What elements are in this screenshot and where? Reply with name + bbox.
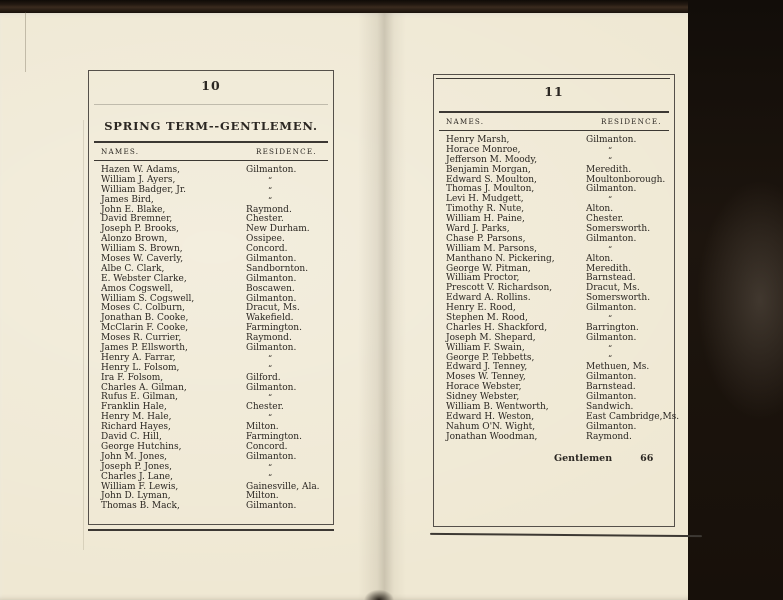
divider-rule	[439, 130, 669, 132]
residence-cell: Gilmanton.	[246, 453, 296, 463]
table-row: Thomas B. Mack,Gilmanton.	[89, 502, 333, 512]
table-row: Jonathan Woodman,Raymond.	[434, 433, 674, 443]
gentlemen-label: Gentlemen	[554, 453, 612, 464]
page-bottom-rule	[88, 529, 334, 531]
page-stack-edge	[83, 120, 84, 550]
gentlemen-total: 66	[640, 453, 653, 464]
residence-cell: “	[246, 186, 272, 196]
residence-cell: “	[246, 354, 272, 364]
column-headers: NAMES. RESIDENCE.	[89, 147, 333, 156]
scan-dark-right-edge	[688, 0, 783, 600]
residence-column-header: RESIDENCE.	[601, 117, 662, 126]
residence-cell: “	[586, 344, 612, 354]
page-title: SPRING TERM--GENTLEMEN.	[89, 119, 333, 133]
names-list: Hazen W. Adams,Gilmanton.William J. Ayer…	[89, 166, 333, 512]
gentlemen-count: Gentlemen 66	[434, 453, 674, 464]
divider-rule	[94, 104, 328, 105]
residence-cell: Gilmanton.	[246, 166, 296, 176]
residence-column-header: RESIDENCE.	[256, 147, 317, 156]
residence-cell: Gilmanton.	[586, 235, 636, 245]
residence-cell: Gilmanton.	[246, 384, 296, 394]
residence-cell: Gilmanton.	[586, 185, 636, 195]
page-number: 10	[89, 78, 333, 93]
residence-cell: “	[246, 463, 272, 473]
residence-cell: “	[246, 176, 272, 186]
residence-cell: Chester.	[246, 403, 284, 413]
name-cell: Thomas B. Mack,	[89, 502, 246, 512]
residence-cell: Gilmanton.	[246, 502, 296, 512]
residence-cell: Gilmanton.	[586, 304, 636, 314]
residence-cell: Gilmanton.	[586, 334, 636, 344]
names-column-header: NAMES.	[434, 117, 601, 126]
book-gutter-shadow-bottom	[360, 582, 398, 600]
page-top-rule	[436, 78, 670, 79]
residence-cell: Gilmanton.	[246, 344, 296, 354]
divider-rule	[94, 160, 328, 162]
names-list: Henry Marsh,Gilmanton.Horace Monroe,“Jef…	[434, 136, 674, 443]
page-stack-edge	[25, 12, 26, 72]
name-cell: Jonathan Woodman,	[434, 433, 586, 443]
left-page: 10 SPRING TERM--GENTLEMEN. NAMES. RESIDE…	[88, 70, 334, 525]
residence-cell: Raymond.	[586, 433, 632, 443]
divider-rule	[94, 141, 328, 143]
residence-cell: “	[586, 146, 612, 156]
names-column-header: NAMES.	[89, 147, 256, 156]
residence-cell: Gilmanton.	[586, 136, 636, 146]
divider-rule	[439, 111, 669, 113]
column-headers: NAMES. RESIDENCE.	[434, 117, 674, 126]
page-number: 11	[434, 84, 674, 99]
book-gutter-shadow	[358, 12, 406, 600]
right-page: 11 NAMES. RESIDENCE. Henry Marsh,Gilmant…	[433, 74, 675, 527]
